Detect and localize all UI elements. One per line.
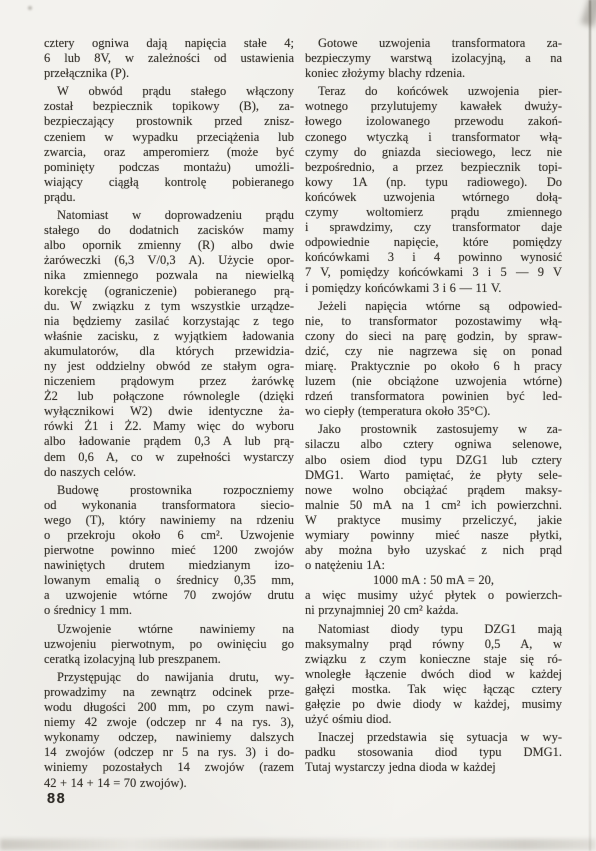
text-line: rówki Ż1 i Ż2. Mamy więc do wyboru xyxy=(44,419,294,434)
paragraph: 1000 mA : 50 mA = 20, xyxy=(305,573,562,588)
text-line: nika zmiennego pozwala na niewielką xyxy=(44,268,294,283)
text-line: Jako prostownik zastosujemy w za- xyxy=(305,422,562,437)
text-line: pierwotne powinno mieć 1200 zwojów xyxy=(44,543,294,558)
paragraph: Natomiast diody typu DZG1 mająmaksymalny… xyxy=(305,622,562,728)
text-line: nie, to transformator pozostawimy włą- xyxy=(305,314,562,329)
text-line: stałego do dodatnich zacisków mamy xyxy=(44,223,294,238)
text-line: Przystępując do nawijania drutu, wy- xyxy=(44,670,294,685)
column-left: cztery ogniwa dają napięcia stałe 4;6 lu… xyxy=(44,36,294,791)
text-line: ni przynajmniej 20 cm² każda. xyxy=(305,603,562,618)
text-line: miarę. Praktycznie po około 6 h pracy xyxy=(305,359,562,374)
text-line: luzem (nie obciążone uzwojenia wtórne) xyxy=(305,374,562,389)
text-line: padku stosowania diod typu DMG1. xyxy=(305,745,562,760)
paragraph: Budowę prostownika rozpoczniemyod wykona… xyxy=(44,483,294,619)
text-line: czymy do gniazda sieciowego, lecz nie xyxy=(305,145,562,160)
text-line: koniec złożymy blachy rdzenia. xyxy=(305,66,562,81)
text-line: czymy woltomierz prądu zmiennego xyxy=(305,205,562,220)
text-line: Tutaj wystarczy jedna dioda w każdej xyxy=(305,760,562,775)
text-line: albo ładowanie prądem 0,3 A lub prą- xyxy=(44,434,294,449)
text-line: o średnicy 1 mm. xyxy=(44,603,294,618)
text-line: wo ciepły (temperatura około 35°C). xyxy=(305,404,562,419)
text-line: maksymalny prąd równy 0,5 A, w xyxy=(305,637,562,652)
text-line: o natężeniu 1A: xyxy=(305,558,562,573)
text-line: wymiary powinny mieć nasze płytki, xyxy=(305,528,562,543)
text-line: kowy 1A (np. typu radiowego). Do xyxy=(305,175,562,190)
text-line: 14 zwojów (odczep nr 5 na rys. 3) i do- xyxy=(44,745,294,760)
text-line: odpowiednie napięcie, które pomiędzy xyxy=(305,235,562,250)
scan-right-edge-shadow xyxy=(589,0,591,851)
paragraph: Uzwojenie wtórne nawiniemy nauzwojeniu p… xyxy=(44,622,294,667)
text-line: wyłącznikowi W2) dwie identyczne ża- xyxy=(44,404,294,419)
text-line: uzwojeniu pierwotnym, po owinięciu go xyxy=(44,637,294,652)
text-line: a uzwojenie wtórne 70 zwojów drutu xyxy=(44,588,294,603)
text-line: 7 V, pomiędzy końcówkami 3 i 5 — 9 V xyxy=(305,265,562,280)
text-line: czonego wtyczką i transformator włą- xyxy=(305,130,562,145)
text-line: nia będziemy zasilać korzystając z tego xyxy=(44,314,294,329)
text-line: cztery ogniwa dają napięcia stałe 4; xyxy=(44,36,294,51)
text-line: Jeżeli napięcia wtórne są odpowied- xyxy=(305,299,562,314)
text-line: końcówek uzwojenia wtórnego dołą- xyxy=(305,190,562,205)
text-line: wiający ciągłą kontrolę pobieranego xyxy=(44,175,294,190)
text-line: silaczu albo cztery ogniwa selenowe, xyxy=(305,437,562,452)
page-number: 88 xyxy=(47,791,66,807)
text-line: czeniem w wypadku przeciążenia lub xyxy=(44,130,294,145)
text-line: bezpieczający prostownik przed znisz- xyxy=(44,114,294,129)
text-line: prądu. xyxy=(44,190,294,205)
text-line: Ż2 lub połączone równolegle (dzięki xyxy=(44,389,294,404)
text-line: nawiniętych drutem miedzianym izo- xyxy=(44,558,294,573)
text-line: akumulatorów, dla których przewidzia- xyxy=(44,344,294,359)
text-line: aby można było uzyskać z nich prąd xyxy=(305,543,562,558)
text-line: malnie 50 mA na 1 cm² ich powierzchni. xyxy=(305,498,562,513)
text-columns: cztery ogniwa dają napięcia stałe 4;6 lu… xyxy=(44,36,562,791)
text-line: łowego izolowanego przewodu zakoń- xyxy=(305,114,562,129)
text-line: albo osiem diod typu DZG1 lub cztery xyxy=(305,453,562,468)
text-line: użyć ośmiu diod. xyxy=(305,712,562,727)
text-line: dzić, czy nie nagrzewa się on ponad xyxy=(305,344,562,359)
text-line: żaróweczki (6,3 V/0,3 A). Użycie opor- xyxy=(44,253,294,268)
text-line: pominięty podczas montażu) umożli- xyxy=(44,160,294,175)
text-line: zwarcia, oraz amperomierz (może być xyxy=(44,145,294,160)
text-line: gałęzi mostka. Tak więc łącząc cztery xyxy=(305,682,562,697)
scan-corner-mark xyxy=(581,0,596,27)
text-line: korekcję (ograniczenie) pobieranego prą- xyxy=(44,284,294,299)
text-line: przełącznika (P). xyxy=(44,66,294,81)
paragraph: Przystępując do nawijania drutu, wy-prow… xyxy=(44,670,294,791)
text-line: 1000 mA : 50 mA = 20, xyxy=(305,573,562,588)
scanned-page: cztery ogniwa dają napięcia stałe 4;6 lu… xyxy=(0,0,596,851)
text-line: prowadzimy na zewnątrz odcinek prze- xyxy=(44,685,294,700)
text-line: wykonamy odczep, nawiniemy dalszych xyxy=(44,730,294,745)
text-line: wotnego przylutujemy kawałek dwuży- xyxy=(305,99,562,114)
text-line: Inaczej przedstawia się sytuacja w wy- xyxy=(305,730,562,745)
paragraph: Jeżeli napięcia wtórne są odpowied-nie, … xyxy=(305,299,562,420)
text-line: a więc musimy użyć płytek o powierzch- xyxy=(305,588,562,603)
text-line: do naszych celów. xyxy=(44,465,294,480)
text-line: wego (T), który nawiniemy na rdzeniu xyxy=(44,513,294,528)
text-line: ceratką izolacyjną lub preszpanem. xyxy=(44,652,294,667)
text-line: W praktyce musimy przeliczyć, jakie xyxy=(305,513,562,528)
text-line: wnoległe łączenie dwóch diod w każdej xyxy=(305,667,562,682)
text-line: Natomiast diody typu DZG1 mają xyxy=(305,622,562,637)
paragraph: Teraz do końcówek uzwojenia pier-wotnego… xyxy=(305,84,562,295)
scan-speck xyxy=(28,6,32,10)
paragraph: W obwód prądu stałego włączonyzostał bez… xyxy=(44,84,294,205)
text-line: 42 + 14 + 14 = 70 zwojów). xyxy=(44,776,294,791)
text-line: o przekroju około 6 cm². Uzwojenie xyxy=(44,528,294,543)
text-line: winiemy pozostałych 14 zwojów (razem xyxy=(44,760,294,775)
text-line: czony do sieci na parę godzin, by spraw- xyxy=(305,329,562,344)
text-line: końcówkami 3 i 4 powinno wynosić xyxy=(305,250,562,265)
text-line: właśnie zacisku, z wyjątkiem ładowania xyxy=(44,329,294,344)
text-line: Budowę prostownika rozpoczniemy xyxy=(44,483,294,498)
text-line: DMG1. Warto pamiętać, że płyty sele- xyxy=(305,468,562,483)
text-line: 6 lub 8V, w zależności od ustawienia xyxy=(44,51,294,66)
scan-bottom-smudge xyxy=(0,839,596,850)
paragraph: cztery ogniwa dają napięcia stałe 4;6 lu… xyxy=(44,36,294,81)
text-line: Uzwojenie wtórne nawiniemy na xyxy=(44,622,294,637)
text-line: niczeniem prądowym przez żarówkę xyxy=(44,374,294,389)
column-right: Gotowe uzwojenia transformatora za-bezpi… xyxy=(305,36,562,791)
text-line: Natomiast w doprowadzeniu prądu xyxy=(44,208,294,223)
text-line: Teraz do końcówek uzwojenia pier- xyxy=(305,84,562,99)
text-line: gałęzie po dwie diody w każdej, musimy xyxy=(305,697,562,712)
text-line: rdzeń transformatora powinien być led- xyxy=(305,389,562,404)
text-line: od wykonania transformatora siecio- xyxy=(44,498,294,513)
text-line: bezpieczymy warstwą izolacyjną, a na xyxy=(305,51,562,66)
text-line: W obwód prądu stałego włączony xyxy=(44,84,294,99)
text-line: du. W związku z tym wszystkie urządze- xyxy=(44,299,294,314)
paragraph: a więc musimy użyć płytek o powierzch-ni… xyxy=(305,588,562,618)
text-line: i pomiędzy końcówkami 3 i 6 — 11 V. xyxy=(305,281,562,296)
text-line: lowanym emalią o średnicy 0,35 mm, xyxy=(44,573,294,588)
text-line: związku z czym konieczne staje się ró- xyxy=(305,652,562,667)
text-line: niemy 42 zwoje (odczep nr 4 na rys. 3), xyxy=(44,715,294,730)
text-line: Gotowe uzwojenia transformatora za- xyxy=(305,36,562,51)
text-line: albo opornik zmienny (R) albo dwie xyxy=(44,238,294,253)
paragraph: Natomiast w doprowadzeniu prądustałego d… xyxy=(44,208,294,480)
text-line: wodu długości 200 mm, po czym nawi- xyxy=(44,700,294,715)
paragraph: Gotowe uzwojenia transformatora za-bezpi… xyxy=(305,36,562,81)
paragraph: Jako prostownik zastosujemy w za-silaczu… xyxy=(305,422,562,573)
text-line: dem 0,6 A, co w zupełności wystarczy xyxy=(44,450,294,465)
text-line: został bezpiecznik topikowy (B), za- xyxy=(44,99,294,114)
text-line: ny jest oddzielny obwód ze stałym ogra- xyxy=(44,359,294,374)
paragraph: Inaczej przedstawia się sytuacja w wy-pa… xyxy=(305,730,562,775)
text-line: bezpośrednio, a przez bezpiecznik topi- xyxy=(305,160,562,175)
text-line: nowe wolno obciążać prądem maksy- xyxy=(305,483,562,498)
text-line: i sprawdzimy, czy transformator daje xyxy=(305,220,562,235)
